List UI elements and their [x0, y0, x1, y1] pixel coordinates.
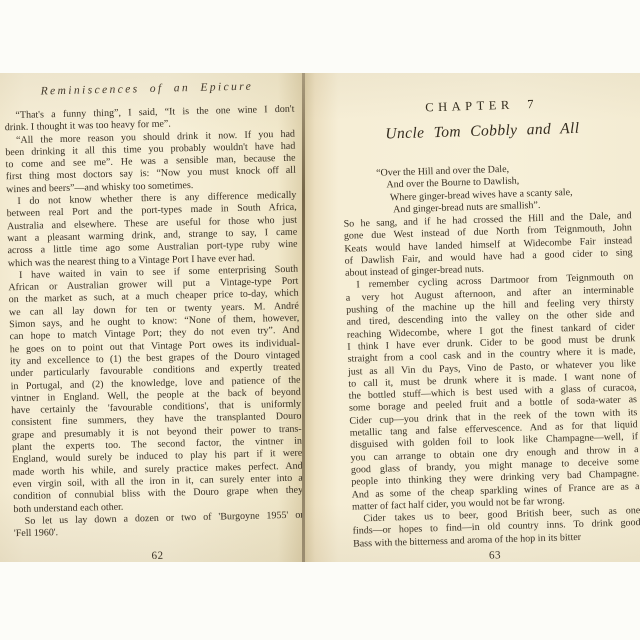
left-page-body: “That's a funny thing”, I said, “It is t… [4, 104, 302, 541]
left-page-content: Reminiscences of an Epicure “That's a fu… [0, 73, 302, 562]
chapter-title: Uncle Tom Cobbly and All [341, 118, 624, 144]
right-page-content: CHAPTER 7 Uncle Tom Cobbly and All “Over… [305, 73, 640, 562]
verse-block: “Over the Hill and over the Dale,And ove… [376, 162, 573, 217]
right-page: CHAPTER 7 Uncle Tom Cobbly and All “Over… [305, 73, 640, 562]
left-page: Reminiscences of an Epicure “That's a fu… [0, 73, 302, 562]
running-head: Reminiscences of an Epicure [4, 80, 290, 98]
chapter-label: CHAPTER 7 [340, 94, 623, 117]
page-number-left: 62 [6, 547, 302, 562]
book-photo: Reminiscences of an Epicure “That's a fu… [0, 0, 640, 640]
right-page-body: So he sang, and if he had crossed the Hi… [343, 210, 640, 550]
open-book-spread: Reminiscences of an Epicure “That's a fu… [0, 73, 640, 562]
